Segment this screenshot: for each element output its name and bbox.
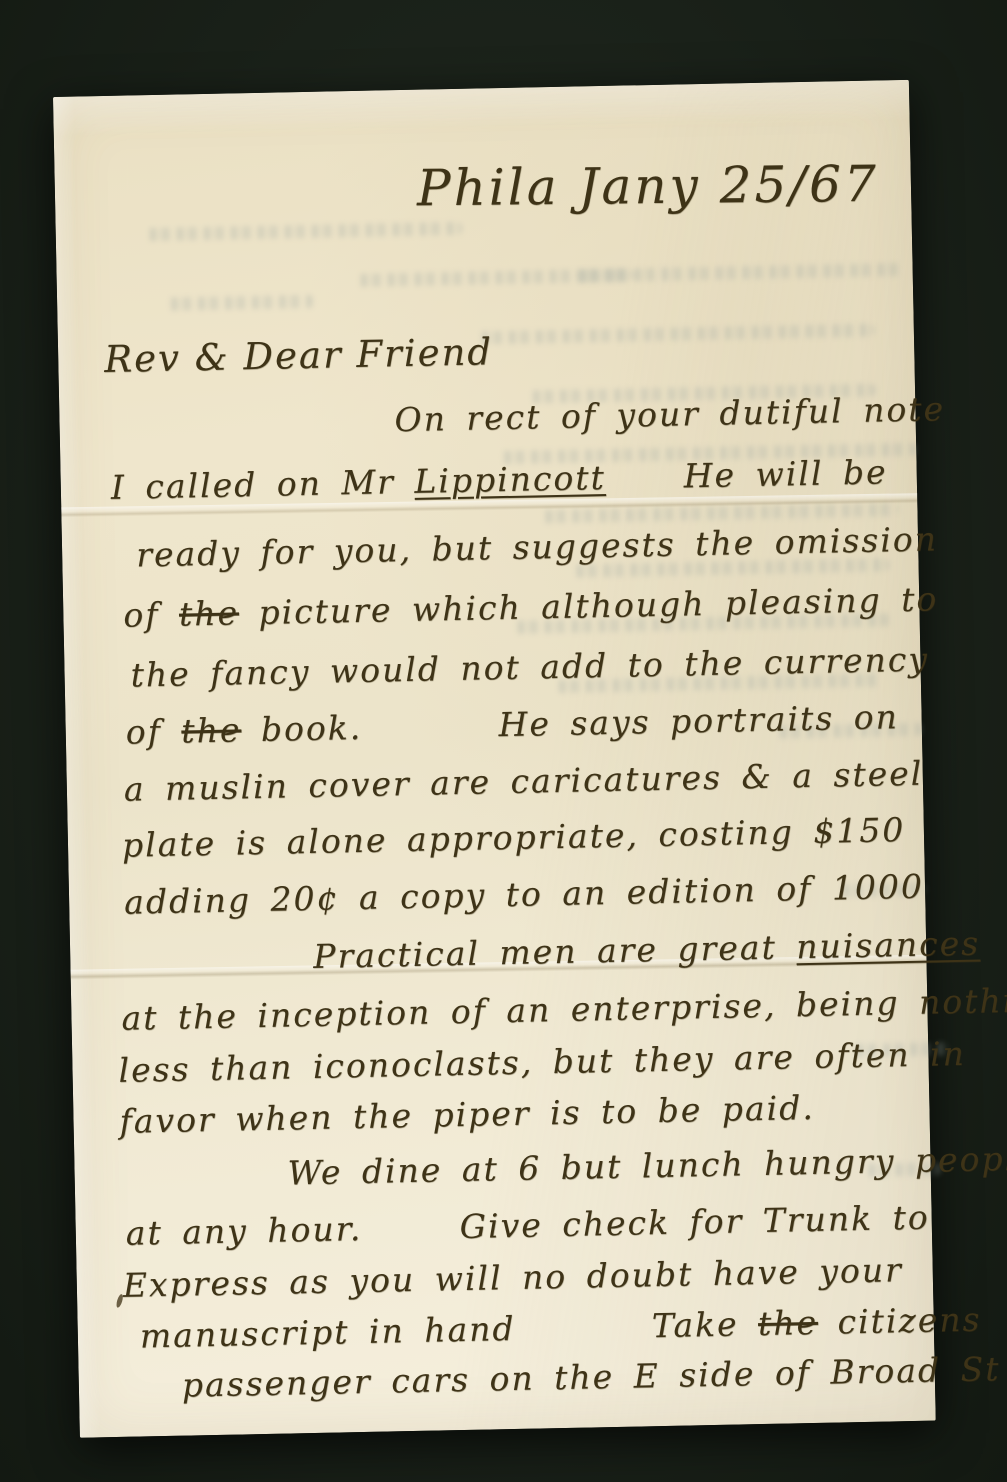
letter-line: less than iconoclasts, but they are ofte… [118, 1034, 966, 1090]
salutation: Rev & Dear Friend [104, 330, 494, 381]
letter-line: On rect of your dutiful note [394, 389, 945, 439]
letter-paper: Phila Jany 25/67 Rev & Dear Friend On re… [53, 80, 936, 1438]
letter-line: I called on Mr Lippincott He will be [110, 452, 887, 507]
letter-line: a muslin cover are caricatures & a steel [124, 754, 924, 809]
letter-body: On rect of your dutiful noteI called on … [53, 80, 909, 97]
dateline: Phila Jany 25/67 [417, 155, 879, 217]
letter-line: ready for you, but suggests the omission [136, 519, 938, 574]
letter-line: favor when the piper is to be paid. [119, 1088, 815, 1141]
photo-background: Phila Jany 25/67 Rev & Dear Friend On re… [0, 0, 1007, 1482]
ink-bleedthrough-layer [53, 80, 909, 97]
letter-line: We dine at 6 but lunch hungry people [287, 1138, 1007, 1192]
bleedthrough-smudge [164, 295, 314, 311]
letter-line: passenger cars on the E side of Broad St [181, 1349, 1000, 1404]
letter-line: Express as you will no doubt have your [122, 1250, 903, 1305]
letter-line: of the book. He says portraits on [125, 697, 899, 752]
bleedthrough-smudge [354, 268, 634, 287]
bleedthrough-smudge [475, 324, 875, 345]
letter-line: manuscript in hand Take the citizens [139, 1300, 981, 1356]
letter-line: at any hour. Give check for Trunk to [125, 1198, 930, 1253]
letter-line: the fancy would not add to the currency [130, 640, 929, 695]
letter-line: Practical men are great nuisances [313, 924, 981, 976]
letter-line: adding 20¢ a copy to an edition of 1000 [124, 867, 924, 922]
bleedthrough-smudge [574, 263, 904, 283]
bleedthrough-smudge [143, 222, 463, 241]
letter-line: plate is alone appropriate, costing $150 [122, 810, 906, 865]
letter-line: of the picture which although pleasing t… [123, 579, 939, 634]
letter-line: at the inception of an enterprise, being… [121, 980, 1007, 1038]
